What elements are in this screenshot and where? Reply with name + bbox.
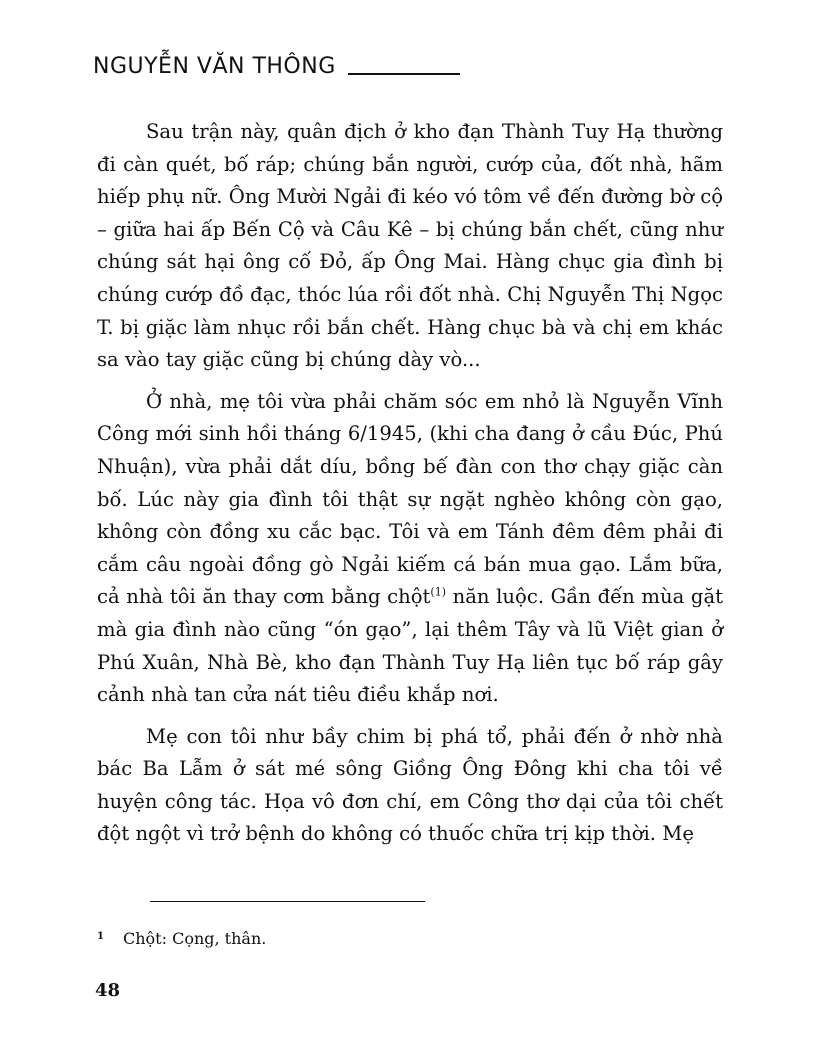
paragraph-3: Mẹ con tôi như bầy chim bị phá tổ, phải …	[97, 721, 723, 851]
running-head: NGUYỄN VĂN THÔNG	[93, 54, 460, 79]
paragraph-2: Ở nhà, mẹ tôi vừa phải chăm sóc em nhỏ l…	[97, 386, 723, 712]
paragraph-2-text-before: Ở nhà, mẹ tôi vừa phải chăm sóc em nhỏ l…	[97, 390, 723, 609]
footnote-text: Chột: Cọng, thân.	[123, 929, 266, 948]
running-head-rule	[348, 73, 460, 75]
footnote-1: 1Chột: Cọng, thân.	[97, 929, 266, 948]
body-text: Sau trận này, quân địch ở kho đạn Thành …	[97, 116, 723, 851]
footnote-marker: 1	[97, 931, 123, 942]
paragraph-1: Sau trận này, quân địch ở kho đạn Thành …	[97, 116, 723, 377]
footnote-separator	[150, 901, 425, 902]
page-number: 48	[95, 980, 120, 1001]
running-head-author: NGUYỄN VĂN THÔNG	[93, 54, 336, 79]
footnote-reference: (1)	[430, 586, 446, 599]
